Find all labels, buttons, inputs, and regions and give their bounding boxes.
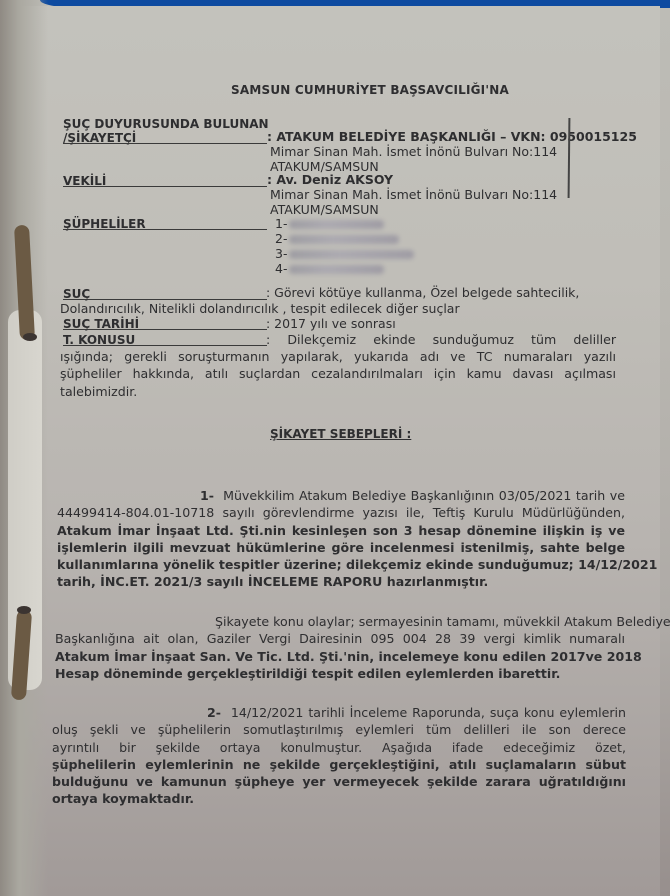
paragraph-2-line: şüphelilerin eylemlerinin ne şekilde ger… <box>52 756 626 773</box>
redacted-suspect-1 <box>289 220 384 229</box>
subject-text: ışığında; gerekli soruşturmanın yapılara… <box>60 348 616 400</box>
subject-first-line: : Dilekçemiz ekinde sunduğumuz tüm delil… <box>266 331 616 348</box>
attorney-address-2: ATAKUM/SAMSUN <box>270 203 379 217</box>
paragraph-1: 1- Müvekkilim Atakum Belediye Başkanlığı… <box>57 487 625 591</box>
subject-line: şüpheliler hakkında, atılı suçlardan cez… <box>60 365 616 382</box>
label-rule <box>63 329 267 330</box>
paragraph-2: 2- 14/12/2021 tarihli İnceleme Raporunda… <box>52 704 626 808</box>
section-heading: ŞİKAYET SEBEPLERİ : <box>270 427 411 441</box>
paragraph-1b-line: Şikayete konu olaylar; sermayesinin tama… <box>55 613 625 630</box>
paragraph-1-line: tarih, İNC.ET. 2021/3 sayılı İNCELEME RA… <box>57 573 625 590</box>
paragraph-1-text: Müvekkilim Atakum Belediye Başkanlığının… <box>223 488 625 503</box>
label-rule <box>63 229 267 230</box>
complainant-address-1: Mimar Sinan Mah. İsmet İnönü Bulvarı No:… <box>270 145 557 159</box>
paragraph-2-line: oluş şekli ve şüphelilerin somutlaştırıl… <box>52 721 626 738</box>
complainant-label-line1: ŞUÇ DUYURUSUNDA BULUNAN <box>63 117 269 131</box>
paragraph-1b-line: Hesap döneminde gerçekleştirildiği tespi… <box>55 665 625 682</box>
crime-value-2: Dolandırıcılık, Nitelikli dolandırıcılık… <box>60 302 460 316</box>
document-title: SAMSUN CUMHURİYET BAŞSAVCILIĞI'NA <box>231 83 509 97</box>
margin-line <box>568 118 570 198</box>
label-rule <box>63 299 267 300</box>
subject-line: ışığında; gerekli soruşturmanın yapılara… <box>60 348 616 365</box>
label-rule <box>63 186 267 187</box>
paragraph-1-line: 44499414-804.01-10718 sayılı görevlendir… <box>57 504 625 521</box>
paragraph-2-number: 2- <box>207 705 221 720</box>
paragraph-1-line: 1- Müvekkilim Atakum Belediye Başkanlığı… <box>57 487 625 504</box>
paragraph-2-line: ortaya koymaktadır. <box>52 790 626 807</box>
paragraph-1b-line: Atakum İmar İnşaat San. Ve Tic. Ltd. Şti… <box>55 648 625 665</box>
suspect-1-number: 1- <box>275 217 287 231</box>
subject-line: talebimizdir. <box>60 383 616 400</box>
suspect-4-number: 4- <box>275 262 287 276</box>
redacted-suspect-4 <box>289 265 384 274</box>
paragraph-1-number: 1- <box>200 488 214 503</box>
crime-date-value: : 2017 yılı ve sonrası <box>266 317 396 331</box>
paragraph-1b: Şikayete konu olaylar; sermayesinin tama… <box>55 613 625 682</box>
document: SAMSUN CUMHURİYET BAŞSAVCILIĞI'NA ŞUÇ DU… <box>0 0 670 896</box>
paragraph-2-line: 2- 14/12/2021 tarihli İnceleme Raporunda… <box>52 704 626 721</box>
label-rule <box>63 143 267 144</box>
label-rule <box>63 345 267 346</box>
paragraph-1-line: kullanımlarına yönelik tespitler üzerine… <box>57 556 625 573</box>
attorney-address-1: Mimar Sinan Mah. İsmet İnönü Bulvarı No:… <box>270 188 557 202</box>
suspect-3-number: 3- <box>275 247 287 261</box>
redacted-suspect-3 <box>289 250 414 259</box>
suspect-2-number: 2- <box>275 232 287 246</box>
redacted-suspect-2 <box>289 235 399 244</box>
crime-value-1: : Görevi kötüye kullanma, Özel belgede s… <box>266 286 579 300</box>
paragraph-2-line: ayrıntılı bir şekilde ortaya konulmuştur… <box>52 739 626 756</box>
complainant-value: : ATAKUM BELEDİYE BAŞKANLIĞI – VKN: 0950… <box>267 130 637 144</box>
paragraph-1-line: Atakum İmar İnşaat Ltd. Şti.nin kesinleş… <box>57 522 625 539</box>
paragraph-1b-line: Başkanlığına ait olan, Gaziler Vergi Dai… <box>55 630 625 647</box>
subject-line: : Dilekçemiz ekinde sunduğumuz tüm delil… <box>266 331 616 348</box>
paragraph-1-line: işlemlerin ilgili mevzuat hükümlerine gö… <box>57 539 625 556</box>
paragraph-2-text: 14/12/2021 tarihli İnceleme Raporunda, s… <box>231 705 626 720</box>
attorney-value: : Av. Deniz AKSOY <box>267 173 393 187</box>
paragraph-2-line: bulduğunu ve kamunun şüpheye yer vermeye… <box>52 773 626 790</box>
